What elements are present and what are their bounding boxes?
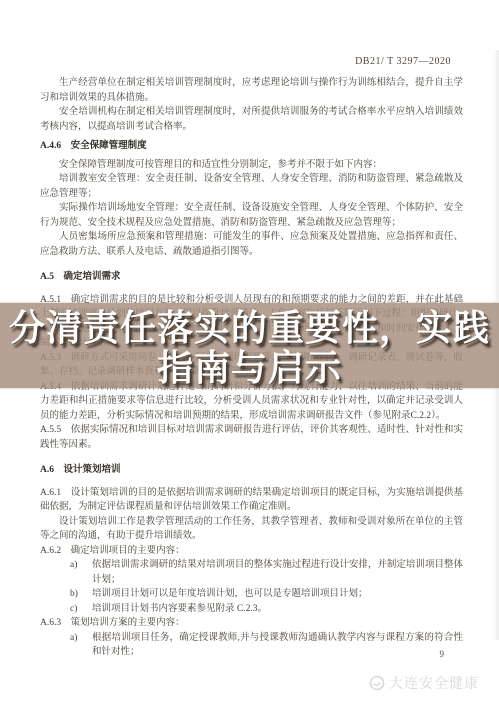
list-marker: a) (70, 631, 77, 646)
list-marker: b) (70, 587, 78, 602)
list-item-text: 培训项目计划书内容要素参见附录 C.2.3。 (92, 604, 267, 614)
paragraph: 生产经营单位在制定相关培训管理制度时，应考虑理论培训与操作行为训练相结合，提升自… (40, 76, 463, 105)
standard-number-header: DB21/ T 3297—2020 (355, 56, 451, 67)
overlay-banner-title: 分清责任落实的重要性，实践 指南与启示 (0, 303, 499, 393)
list-marker: a) (70, 558, 77, 573)
overlay-banner-title-line2: 指南与启示 (157, 348, 342, 388)
paragraph: A.5.5 依据实际情况和培训目标对培训需求调研报告进行评估，评价其客观性、适时… (40, 423, 463, 452)
list-item: a)根据培训项目任务，确定授课教师,并与授课教师沟通确认教学内容与课程方案的符合… (40, 631, 463, 660)
page-number: 9 (440, 649, 445, 659)
paragraph: A.6.3 策划培训方案的主要内容： (40, 616, 463, 631)
paragraph: 安全保障管理制度可按管理目的和适宜性分别制定，参考并不限于如下内容： (40, 158, 463, 173)
section-heading: A.4.6 安全保障管理制度 (40, 139, 463, 154)
list-marker: c) (70, 602, 77, 617)
paragraph: 培训教室安全管理：安全责任制、设备安全管理、人身安全管理、消防和防盗管理、紧急疏… (40, 172, 463, 201)
list-item-text: 根据培训项目任务，确定授课教师,并与授课教师沟通确认教学内容与课程方案的符合性和… (92, 633, 463, 658)
paragraph: 设计策划培训工作是教学管理活动的工作任务，其教学管理者、教师和受训对象所在单位的… (40, 515, 463, 544)
list-item: c)培训项目计划书内容要素参见附录 C.2.3。 (40, 602, 463, 617)
section-heading: A.5 确定培训需求 (40, 270, 463, 285)
paragraph: A.6.2 确定培训项目的主要内容： (40, 544, 463, 559)
paragraph: 实际操作培训场地安全管理：安全责任制、设备设施安全管理、人身安全管理、个体防护、… (40, 201, 463, 230)
paragraph: A.6.1 设计策划培训的目的是依据培训需求调研的结果确定培训项目的既定目标，为… (40, 486, 463, 515)
list-item: b)培训项目计划可以是年度培训计划，也可以是专题培训项目计划； (40, 587, 463, 602)
list-item-text: 培训项目计划可以是年度培训计划，也可以是专题培训项目计划； (92, 589, 368, 599)
watermark-text: 大连安全健康 (389, 673, 479, 693)
paragraph: 安全培训机构在制定相关培训管理制度时，对所提供培训服务的考试合格率水平应纳入培训… (40, 105, 463, 134)
watermark: 大连安全健康 (369, 673, 479, 693)
watermark-logo-icon (369, 675, 385, 691)
list-item: a)依据培训需求调研的结果对培训项目的整体实施过程进行设计安排，并制定培训项目整… (40, 558, 463, 587)
overlay-banner-title-line1: 分清责任落实的重要性，实践 (9, 308, 490, 348)
paragraph: 人员密集场所应急预案和管理措施：可能发生的事件、应急预案及处置措施、应急指挥和责… (40, 230, 463, 259)
section-heading: A.6 设计策划培训 (40, 463, 463, 478)
list-item-text: 依据培训需求调研的结果对培训项目的整体实施过程进行设计安排，并制定培训项目整体计… (92, 560, 463, 585)
